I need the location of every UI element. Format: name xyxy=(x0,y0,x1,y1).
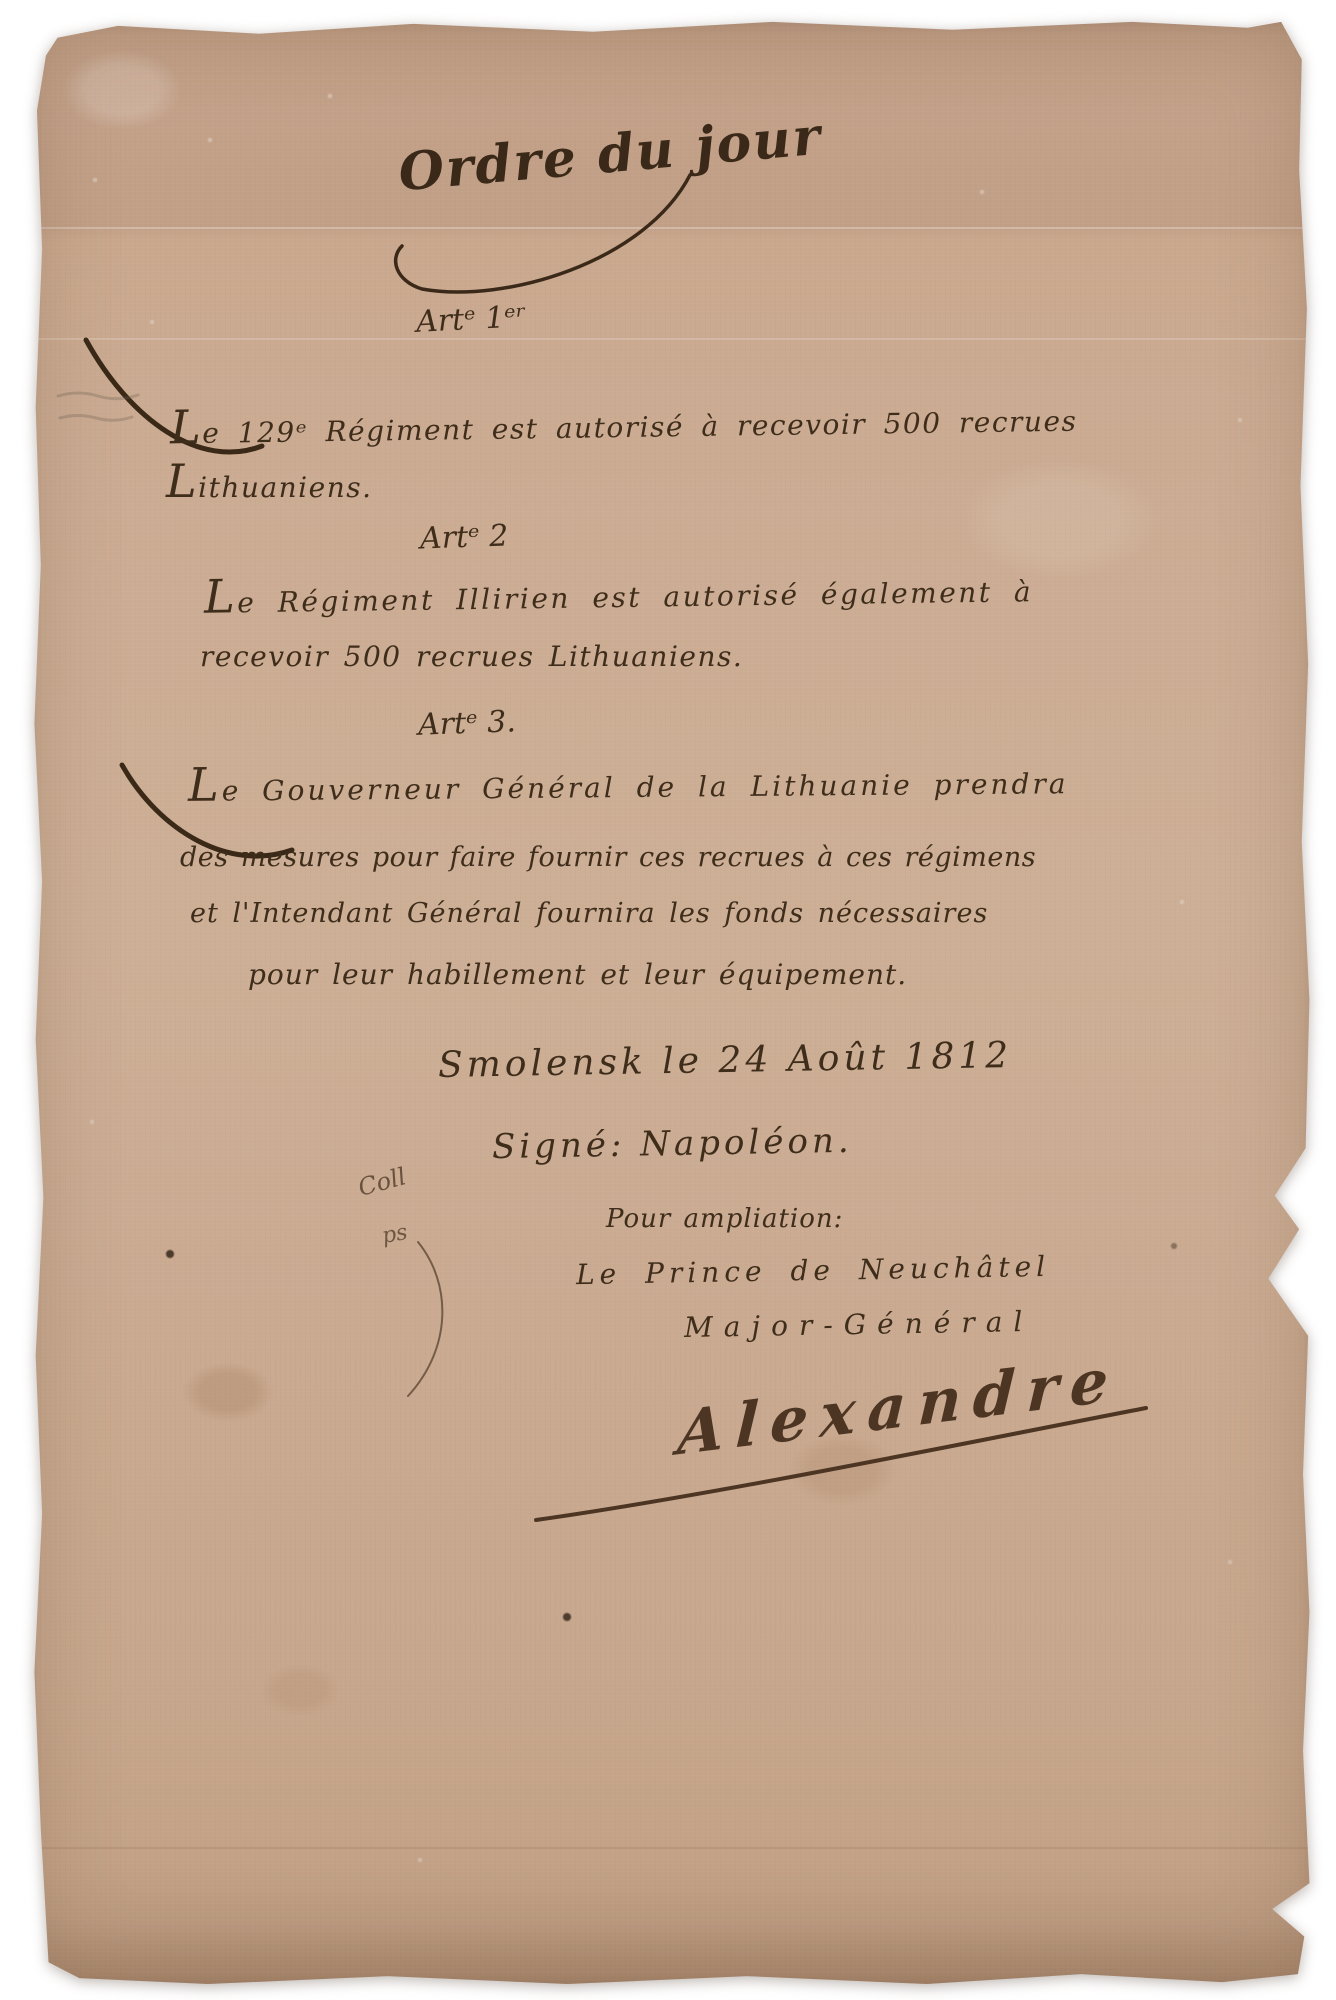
signed-napoleon-line: Signé: Napoléon. xyxy=(492,1121,853,1167)
article-3-line-4: pour leur habillement et leur équipement… xyxy=(248,958,907,991)
dateline: Smolensk le 24 Août 1812 xyxy=(438,1035,1013,1086)
article-2-line-2: recevoir 500 recrues Lithuaniens. xyxy=(200,640,743,673)
article-3-line-2: des mesures pour faire fournir ces recru… xyxy=(180,842,1036,873)
scan-band-line xyxy=(30,338,1310,340)
margin-note-ps: ps xyxy=(380,1220,409,1249)
fold-crease-line xyxy=(30,1847,1310,1849)
major-general-line: Major-Général xyxy=(684,1305,1034,1344)
paper-sheet: Ordre du jour Artᵉ 1ᵉʳ Le 129ᵉ Régiment … xyxy=(28,12,1312,1988)
aged-paper: Ordre du jour Artᵉ 1ᵉʳ Le 129ᵉ Régiment … xyxy=(28,12,1312,1988)
ink-flourishes xyxy=(0,0,1336,2000)
prince-de-neuchatel-line: Le Prince de Neuchâtel xyxy=(576,1250,1051,1291)
ampliation-line: Pour ampliation: xyxy=(606,1204,843,1234)
article-2-heading: Artᵉ 2 xyxy=(419,518,508,556)
faint-pencil-note xyxy=(58,393,138,420)
document-title: Ordre du jour xyxy=(396,106,824,204)
alexandre-signature: Alexandre xyxy=(676,1344,1122,1469)
article-3-heading: Artᵉ 3. xyxy=(417,704,516,742)
article-3-line-3: et l'Intendant Général fournira les fond… xyxy=(190,898,988,929)
paper-texture-stains xyxy=(0,0,1336,2000)
manuscript-photo: Ordre du jour Artᵉ 1ᵉʳ Le 129ᵉ Régiment … xyxy=(0,0,1336,2000)
margin-note-paren-flourish xyxy=(408,1242,442,1396)
article-2-line-1: Le Régiment Illirien est autorisé égalem… xyxy=(204,558,1034,624)
scan-band-line xyxy=(30,227,1310,229)
article-1-heading: Artᵉ 1ᵉʳ xyxy=(415,299,527,340)
article-3-line-1: Le Gouverneur Général de la Lithuanie pr… xyxy=(188,750,1069,812)
article-1-line-2: Lithuaniens. xyxy=(166,454,373,508)
margin-note-coll: Coll xyxy=(355,1162,409,1202)
article-1-line-1: Le 129ᵉ Régiment est autorisé à recevoir… xyxy=(170,388,1078,455)
